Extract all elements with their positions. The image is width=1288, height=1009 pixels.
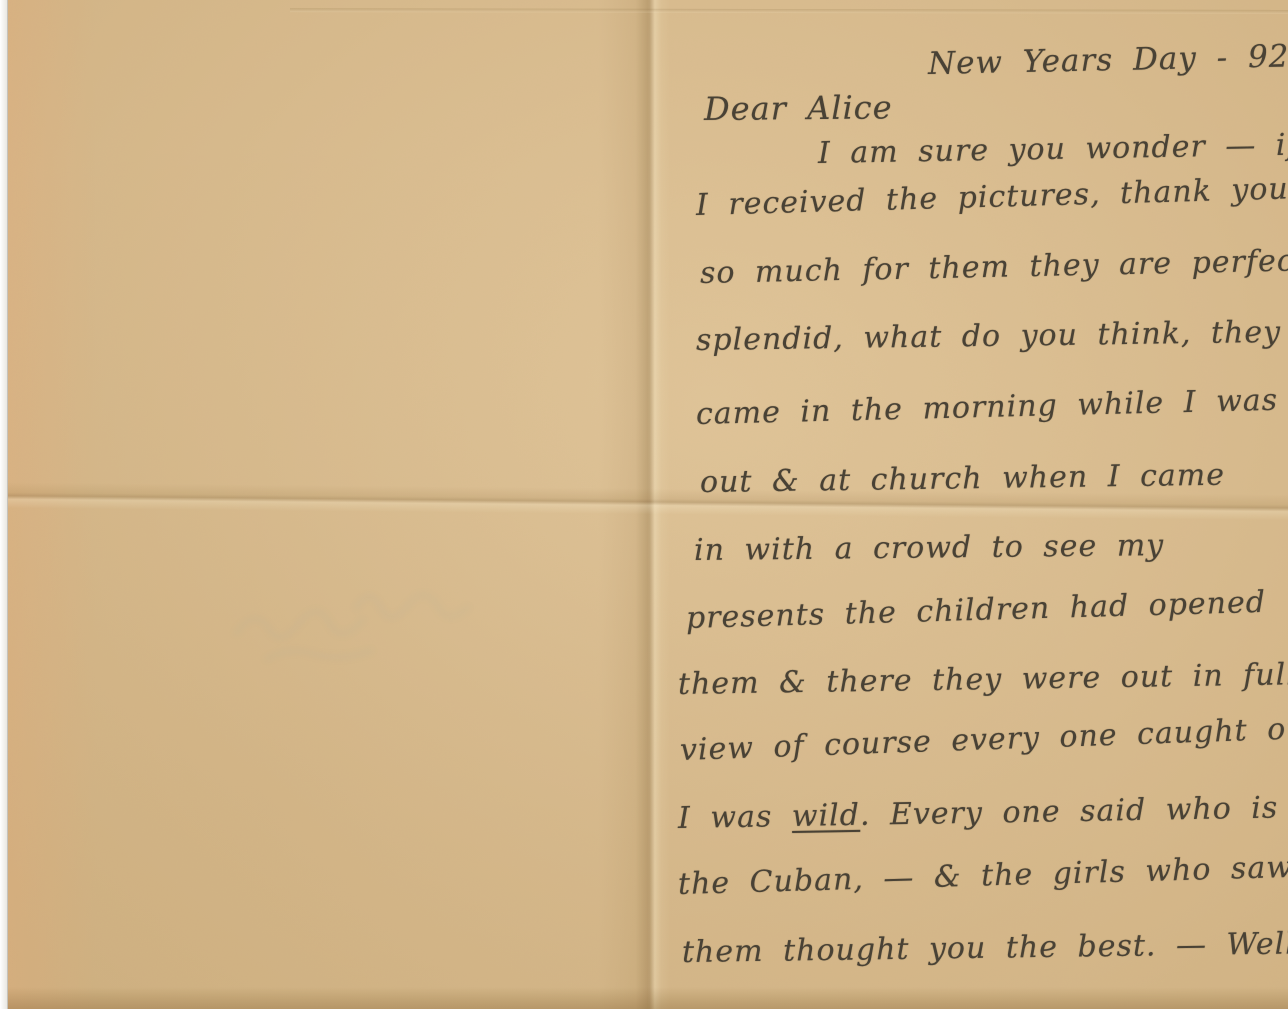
letter-line: in with a crowd to see my <box>694 528 1165 568</box>
salutation: Dear Alice <box>704 88 893 128</box>
date-line: New Years Day - 92 <box>928 38 1288 82</box>
letter-line: out & at church when I came <box>700 458 1225 500</box>
scanner-edge-strip <box>0 0 8 1009</box>
line-prefix: I was <box>678 799 792 836</box>
line-suffix: . Every one said who is <box>860 791 1279 833</box>
underlined-word: wild <box>792 798 861 834</box>
scanned-letter: New Years Day - 92 Dear Alice I am sure … <box>0 0 1288 1009</box>
